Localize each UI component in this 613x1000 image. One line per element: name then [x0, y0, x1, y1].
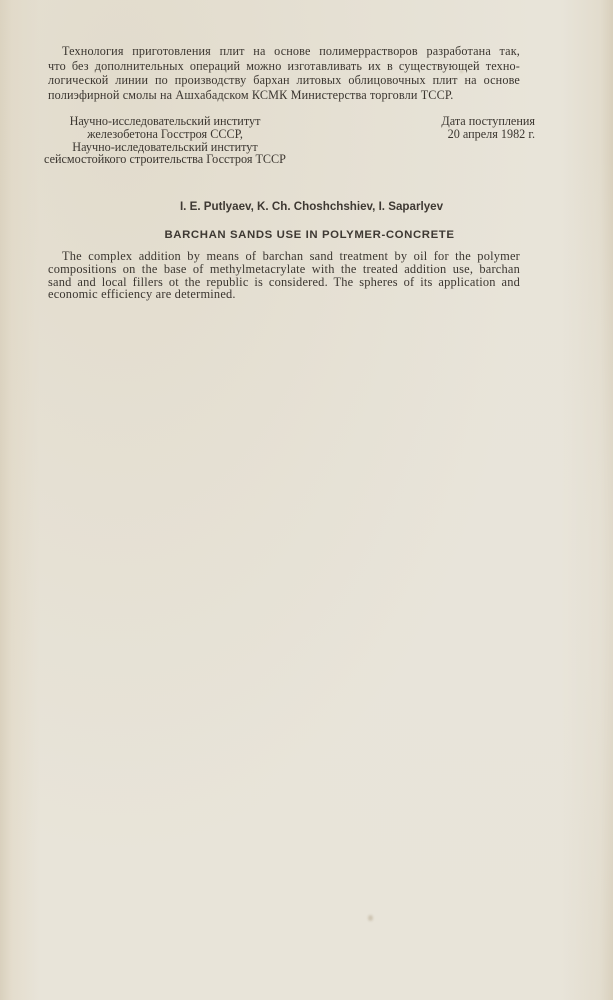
abstract-line: compositions on the base of methylmetacr… — [48, 263, 520, 276]
affiliation-line: сейсмостойкого строительства Госстроя ТС… — [30, 153, 300, 166]
article-abstract: The complex addition by means of barchan… — [48, 250, 520, 301]
abstract-line: The complex addition by means of barchan… — [48, 250, 520, 263]
received-date-block: Дата поступления 20 апреля 1982 г. — [405, 115, 535, 141]
article-title: BARCHAN SANDS USE IN POLYMER-CONCRETE — [0, 229, 613, 241]
scanned-page: Технология приготовления плит на основе … — [0, 0, 613, 1000]
article-authors: I. E. Putlyaev, K. Ch. Choshchshiev, I. … — [0, 200, 613, 213]
affiliation-line: железобетона Госстроя СССР, — [30, 128, 300, 141]
affiliations: Научно-исследовательский институт железо… — [30, 115, 300, 166]
paragraph-line: полиэфирной смолы на Ашхабадском КСМК Ми… — [48, 88, 520, 103]
paragraph-line: Технология приготовления плит на основе … — [48, 44, 520, 59]
paragraph-line: логической линии по производству бархан … — [48, 73, 520, 88]
abstract-line: economic efficiency are determined. — [48, 288, 520, 301]
russian-summary-paragraph: Технология приготовления плит на основе … — [48, 44, 520, 102]
affiliation-line: Научно-исследовательский институт — [30, 115, 300, 128]
paper-stain — [460, 70, 463, 73]
received-date: 20 апреля 1982 г. — [405, 128, 535, 141]
received-label: Дата поступления — [405, 115, 535, 128]
paragraph-line: что без дополнительных операций можно из… — [48, 59, 520, 74]
paper-stain — [368, 915, 373, 921]
